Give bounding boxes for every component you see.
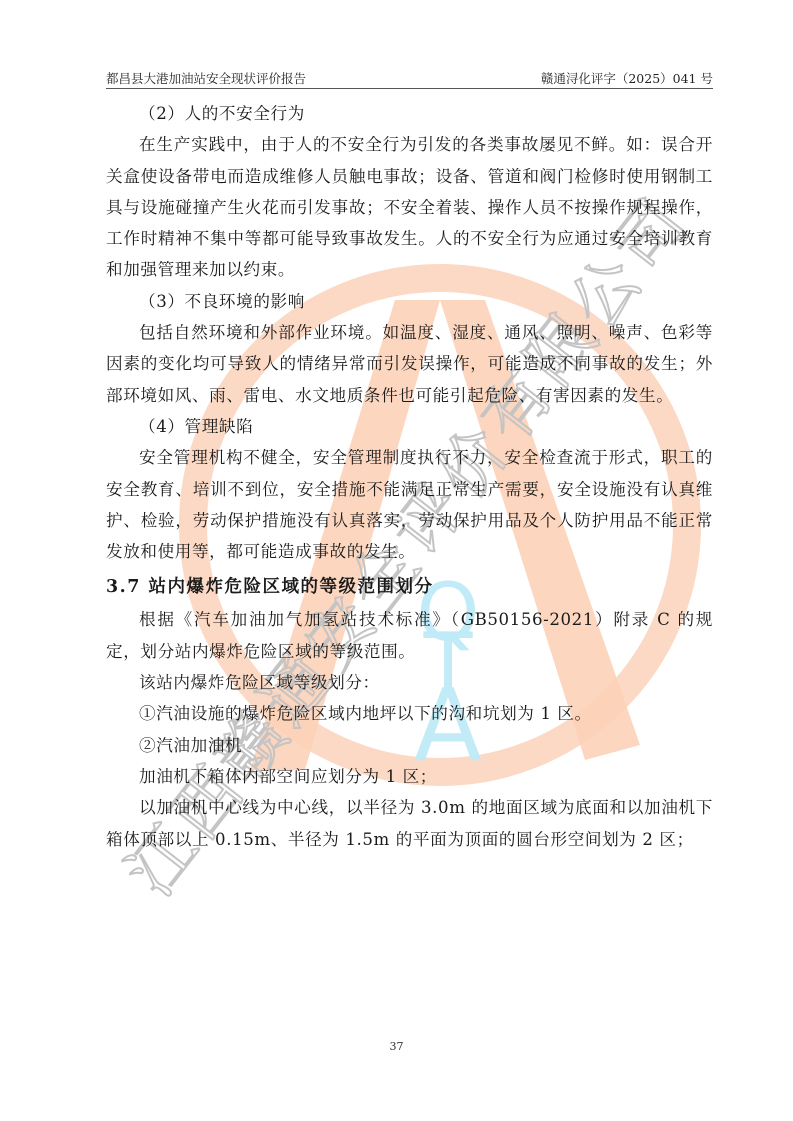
page-body: （2）人的不安全行为 在生产实践中，由于人的不安全行为引发的各类事故屡见不鲜。如… (106, 98, 713, 855)
report-number: 赣通浔化评字（2025）041 号 (541, 69, 713, 87)
report-title: 都昌县大港加油站安全现状评价报告 (106, 69, 306, 87)
paragraph-dispenser-zone-1: 加油机下箱体内部空间应划分为 1 区； (106, 761, 713, 792)
paragraph-dispenser-zone-2: 以加油机中心线为中心线，以半径为 3.0m 的地面区域为底面和以加油机下箱体顶部… (106, 792, 713, 855)
subsection-title-management-defects: （4）管理缺陷 (106, 411, 713, 442)
paragraph-unsafe-behavior: 在生产实践中，由于人的不安全行为引发的各类事故屡见不鲜。如：误合开关盒使设备带电… (106, 129, 713, 285)
paragraph-management-defects: 安全管理机构不健全，安全管理制度执行不力，安全检查流于形式，职工的安全教育、培训… (106, 442, 713, 567)
subsection-title-bad-environment: （3）不良环境的影响 (106, 286, 713, 317)
page-number: 37 (0, 1040, 793, 1053)
header-divider (106, 88, 713, 89)
list-item-gasoline-dispenser: ②汽油加油机 (106, 730, 713, 761)
list-item-gasoline-facility: ①汽油设施的爆炸危险区域内地坪以下的沟和坑划为 1 区。 (106, 698, 713, 729)
paragraph-zone-classification-intro: 该站内爆炸危险区域等级划分： (106, 667, 713, 698)
subsection-title-unsafe-behavior: （2）人的不安全行为 (106, 98, 713, 129)
section-heading-3-7: 3.7 站内爆炸危险区域的等级范围划分 (106, 570, 713, 604)
paragraph-standard-reference: 根据《汽车加油加气加氢站技术标准》（GB50156-2021）附录 C 的规定，… (106, 604, 713, 667)
paragraph-bad-environment: 包括自然环境和外部作业环境。如温度、湿度、通风、照明、噪声、色彩等因素的变化均可… (106, 317, 713, 411)
page-header: 都昌县大港加油站安全现状评价报告 赣通浔化评字（2025）041 号 (106, 69, 713, 87)
